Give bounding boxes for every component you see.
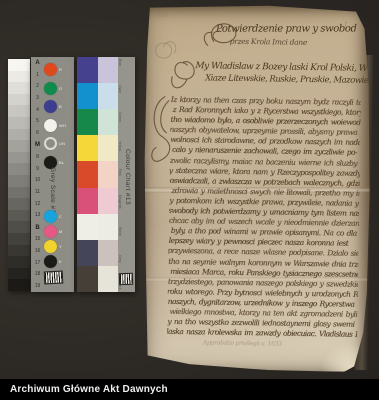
colour-patch-row — [77, 188, 118, 214]
colour-patch-pale — [98, 83, 118, 109]
color-dot-row: R — [44, 63, 66, 76]
manuscript-page: 163 1 Potwierdzenie praw y swobod przes … — [144, 5, 370, 373]
color-dot-row: G — [44, 82, 66, 95]
colour-patch — [77, 109, 98, 135]
colour-patch-row — [77, 135, 118, 161]
manuscript-body: Iz ktorzy na then czas przy boku naszym … — [167, 95, 361, 340]
manuscript-content: 163 1 Potwierdzenie praw y swobod przes … — [139, 4, 371, 376]
colour-patch-pale — [98, 266, 118, 292]
greyscale-step — [8, 187, 30, 199]
colour-patch — [77, 57, 98, 83]
colour-patch-row — [77, 57, 118, 83]
colour-patch — [77, 266, 98, 292]
grey-scale-card: A123456M8910111213B1516171819 RGBWHUNBL … — [31, 57, 74, 292]
scale-mark: 15 — [35, 237, 41, 242]
manuscript-docket: Approbatio privilegii a. 1633 — [203, 339, 282, 347]
color-dot — [44, 119, 57, 132]
manuscript-salutation-line-2: Xiaze Litewskie, Ruskie, Pruskie, Mazowi… — [205, 73, 379, 86]
scale-mark: 11 — [35, 190, 40, 195]
colour-row-label: White — [118, 227, 122, 236]
colour-patch-row — [77, 266, 118, 292]
color-dot-label: K — [59, 259, 62, 264]
colour-patch-pale — [98, 188, 118, 214]
scale-mark: 3 — [36, 96, 39, 101]
greyscale-step — [8, 221, 30, 233]
greyscale-step — [8, 129, 30, 141]
colour-patch-pale — [98, 214, 118, 240]
greyscale-step — [8, 210, 30, 222]
color-dot-row: WH — [44, 119, 66, 132]
color-dot-label: G — [59, 86, 62, 91]
colour-patch-row — [77, 109, 118, 135]
color-dot — [44, 82, 57, 95]
scale-mark: 16 — [35, 249, 41, 254]
scale-mark: 2 — [36, 84, 39, 89]
color-dot-label: UN — [59, 141, 65, 146]
greyscale-step — [8, 59, 30, 71]
colour-row-label: Cyan — [118, 85, 122, 93]
colour-row-labels: BlueCyanGreenYellowRedMagentaWhiteGreyBl… — [118, 59, 122, 290]
barcode-icon — [44, 271, 64, 285]
color-dot — [44, 137, 57, 150]
colour-patch — [77, 135, 98, 161]
color-dot-row: M — [44, 225, 63, 238]
greyscale-step — [8, 140, 30, 152]
colour-row-label: Grey — [118, 255, 122, 263]
color-dot — [44, 240, 57, 253]
greyscale-step — [8, 94, 30, 106]
scale-mark: 10 — [35, 178, 41, 183]
color-dot — [44, 210, 57, 223]
colour-patch-grid — [77, 57, 118, 292]
barcode-icon — [119, 273, 133, 285]
color-dot — [44, 255, 57, 268]
colour-patch — [77, 188, 98, 214]
greyscale-step — [8, 245, 30, 257]
caption-bar: Archiwum Główne Akt Dawnych — [0, 379, 379, 400]
colour-patch-pale — [98, 240, 118, 266]
colour-patch-row — [77, 214, 118, 240]
colour-chart-title: Colour Chart #13 — [124, 149, 131, 205]
colour-patch-pale — [98, 161, 118, 187]
greyscale-gradient-strip — [8, 59, 30, 291]
color-dot — [44, 225, 57, 238]
greyscale-step — [8, 175, 30, 187]
greyscale-step — [8, 256, 30, 268]
scale-mark: M — [35, 142, 40, 148]
color-dot-row: K — [44, 255, 63, 268]
scale-mark: 6 — [36, 131, 39, 136]
manuscript-header-line-2: przes Krola Imci dane — [230, 37, 307, 47]
cmyk-reference-dots: CMYK — [44, 210, 63, 268]
archive-caption: Archiwum Główne Akt Dawnych — [10, 384, 168, 395]
greyscale-step — [8, 198, 30, 210]
color-dot — [44, 63, 57, 76]
greyscale-step — [8, 268, 30, 280]
colour-row-label: Green — [118, 112, 122, 122]
color-dot-label: B — [59, 104, 62, 109]
color-dot-label: M — [59, 229, 63, 234]
scale-mark: 13 — [35, 213, 41, 218]
greyscale-step — [8, 163, 30, 175]
greyscale-step — [8, 233, 30, 245]
colour-patch-pale — [98, 135, 118, 161]
colour-patch-row — [77, 240, 118, 266]
colour-patch-pale — [98, 109, 118, 135]
greyscale-step — [8, 82, 30, 94]
scale-mark: 5 — [36, 119, 39, 124]
greyscale-step-marks: A123456M8910111213B1516171819 — [33, 60, 42, 289]
scale-mark: 19 — [35, 284, 41, 289]
rgb-reference-dots: RGBWHUNBL — [44, 63, 66, 169]
color-dot-row: B — [44, 100, 66, 113]
colour-patch-pale — [98, 57, 118, 83]
color-dot — [44, 100, 57, 113]
manuscript-salutation-line-1: My Wladislaw z Bozey laski Krol Polski, … — [195, 61, 379, 74]
scale-mark: 8 — [36, 155, 39, 160]
greyscale-step — [8, 105, 30, 117]
colour-chart-label-area: BlueCyanGreenYellowRedMagentaWhiteGreyBl… — [118, 57, 135, 292]
scale-mark: 12 — [35, 202, 41, 207]
color-dot-label: R — [59, 67, 62, 72]
colour-patch — [77, 240, 98, 266]
greyscale-step — [8, 71, 30, 83]
color-dot-label: C — [59, 214, 62, 219]
colour-row-label: Blue — [118, 59, 122, 66]
colour-row-label: Magenta — [118, 195, 122, 209]
colour-patch-row — [77, 83, 118, 109]
color-dot-row: C — [44, 210, 63, 223]
manuscript-line: laska nasza krolewska im zawzdy obiecuia… — [167, 327, 357, 340]
scale-mark: A — [35, 60, 39, 66]
pencil-folio-number: 163 — [157, 13, 168, 19]
scale-mark: 9 — [36, 167, 39, 172]
color-dot-label: BL — [59, 160, 64, 165]
greyscale-step — [8, 152, 30, 164]
colour-row-label: Yellow — [118, 141, 122, 151]
colour-patch — [77, 161, 98, 187]
scale-mark: 4 — [36, 108, 39, 113]
color-dot-label: Y — [59, 244, 62, 249]
colour-patch — [77, 214, 98, 240]
scale-mark: 18 — [35, 272, 41, 277]
color-dot-row: UN — [44, 137, 66, 150]
archive-photo: A123456M8910111213B1516171819 RGBWHUNBL … — [0, 0, 379, 400]
colour-row-label: Red — [118, 169, 122, 175]
scale-mark: 17 — [35, 261, 41, 266]
greyscale-step — [8, 117, 30, 129]
colour-patch-row — [77, 161, 118, 187]
color-dot-row: Y — [44, 240, 63, 253]
colour-chart-card: BlueCyanGreenYellowRedMagentaWhiteGreyBl… — [77, 57, 135, 292]
scale-mark: 1 — [36, 73, 39, 78]
greyscale-step — [8, 279, 30, 291]
scale-mark: B — [35, 225, 39, 231]
colour-patch — [77, 83, 98, 109]
color-dot-label: WH — [59, 123, 66, 128]
manuscript-header-line-1: Potwierdzenie praw y swobod — [216, 23, 357, 34]
